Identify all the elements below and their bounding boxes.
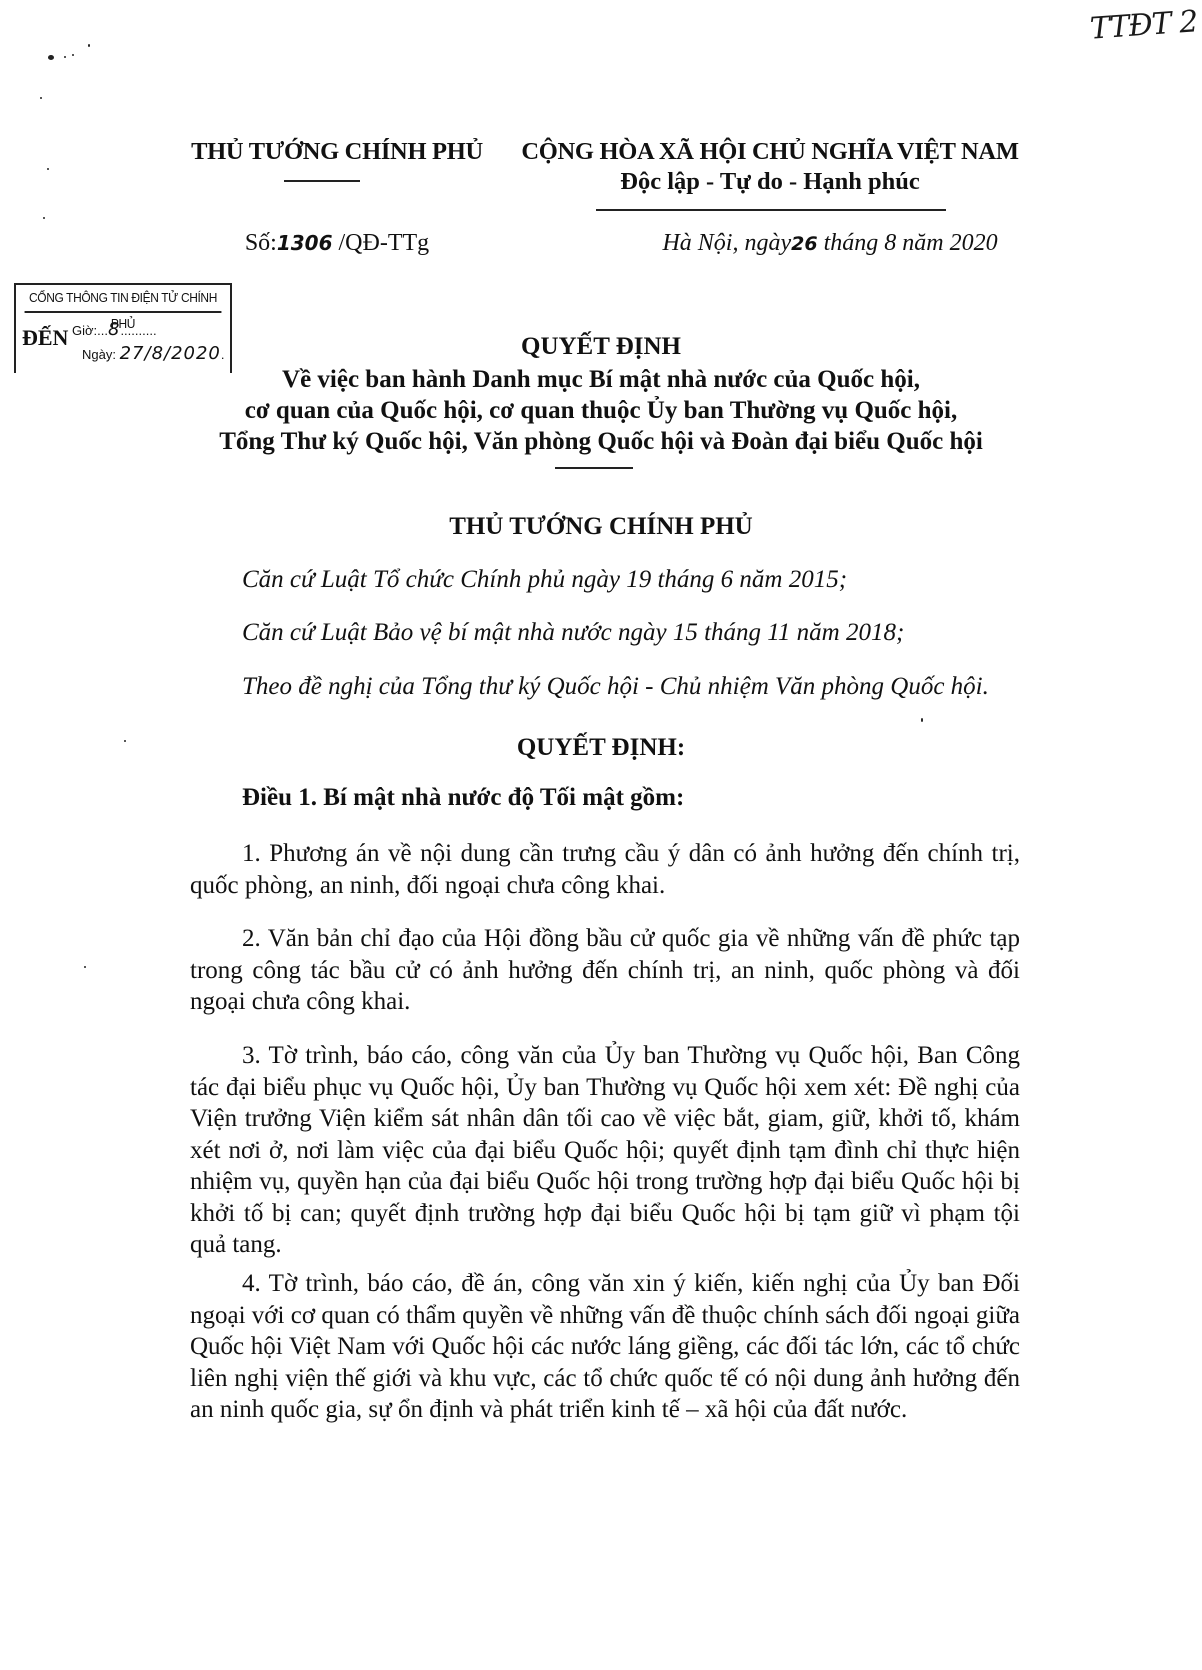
legal-basis-1: Căn cứ Luật Tổ chức Chính phủ ngày 19 th… [242,566,847,594]
motto-divider [596,209,946,211]
document-number: Số:1306 /QĐ-TTg [172,230,502,257]
scan-speck [88,44,90,47]
national-motto: Độc lập - Tự do - Hạnh phúc [510,168,1030,196]
decide-heading: QUYẾT ĐỊNH: [100,734,1102,762]
stamp-title: CỔNG THÔNG TIN ĐIỆN TỬ CHÍNH PHỦ [25,285,222,313]
article-1-item-3: 3. Tờ trình, báo cáo, công văn của Ủy ba… [190,1040,1020,1261]
stamp-time-label: Giờ: [72,323,97,338]
decision-subtitle: Về việc ban hành Danh mục Bí mật nhà nướ… [100,364,1102,457]
article-1-item-4: 4. Tờ trình, báo cáo, đề án, công văn xi… [190,1268,1020,1426]
scan-speck [40,97,42,99]
national-title: CỘNG HÒA XÃ HỘI CHỦ NGHĨA VIỆT NAM [510,138,1030,166]
doc-number-value: 1306 [277,231,333,255]
subtitle-divider [555,467,633,469]
issuer-divider [284,180,360,182]
article-1-item-2: 2. Văn bản chỉ đạo của Hội đồng bầu cử q… [190,923,1020,1018]
issuer-name: THỦ TƯỚNG CHÍNH PHỦ [172,138,502,166]
scan-speck [72,54,74,56]
place-and-date: Hà Nội, ngày26 tháng 8 năm 2020 [660,230,1000,257]
subtitle-line: Tổng Thư ký Quốc hội, Văn phòng Quốc hội… [100,426,1102,457]
doc-number-suffix: /QĐ-TTg [339,230,430,256]
article-1-heading: Điều 1. Bí mật nhà nước độ Tối mật gồm: [242,784,684,812]
legal-basis-2: Căn cứ Luật Bảo vệ bí mật nhà nước ngày … [242,619,904,647]
scan-speck [48,55,54,60]
handwritten-mark: TTĐT 2 [1089,4,1199,46]
stamp-den-label: ĐẾN [22,325,68,351]
scan-speck [921,718,923,722]
date-day: 26 [791,233,817,255]
decision-title: QUYẾT ĐỊNH [100,333,1102,361]
scan-speck [43,217,45,219]
article-1-item-1: 1. Phương án về nội dung cần trưng cầu ý… [190,838,1020,901]
legal-basis-3: Theo đề nghị của Tổng thư ký Quốc hội - … [242,673,989,701]
scan-speck [84,966,86,968]
scan-speck [64,56,66,58]
authority-heading: THỦ TƯỚNG CHÍNH PHỦ [100,513,1102,541]
place-suffix: tháng 8 năm 2020 [818,230,998,256]
place-prefix: Hà Nội, ngày [662,230,791,256]
subtitle-line: cơ quan của Quốc hội, cơ quan thuộc Ủy b… [100,395,1102,426]
doc-number-prefix: Số: [245,230,277,256]
scan-speck [47,168,49,170]
subtitle-line: Về việc ban hành Danh mục Bí mật nhà nướ… [100,364,1102,395]
